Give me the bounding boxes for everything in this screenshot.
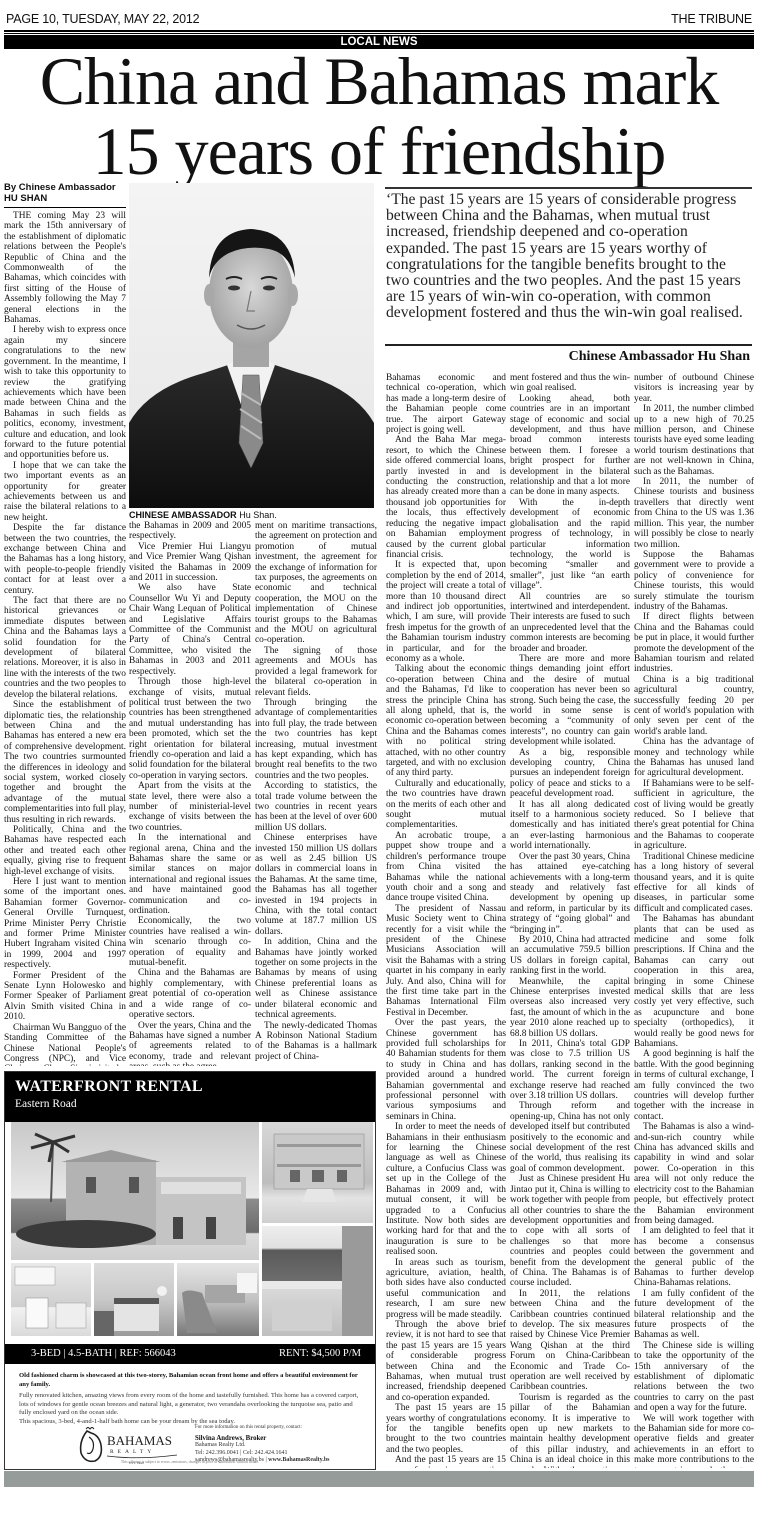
paragraph: Apart from the visits at the state level… [129,781,251,833]
paragraph: As a big, responsible developing country… [510,748,630,800]
contact-name: Silvina Andrews, Broker [195,1435,330,1443]
paragraph: In addition, China and the Bahamas have … [255,937,377,1020]
paragraph: A good beginning is half the battle. Wit… [634,1049,754,1122]
paragraph: Over the years, China and the Bahamas ha… [129,1021,251,1067]
paragraph: Since the establishment of diplomatic ti… [4,700,126,825]
paragraph: THE coming May 23 will mark the 15th ann… [4,211,126,325]
ad-fine-print: This offering is subject to errors, omis… [5,1460,375,1464]
paragraph: I hereby wish to express once again my s… [4,325,126,460]
paragraph: In 2011, the number climbed up to a new … [634,404,754,477]
photo-kitchen [11,1263,91,1336]
paragraph: And the past 15 years are 15 years of wi… [386,1455,506,1468]
paragraph: Despite the far distance between the two… [4,523,126,596]
article-column-5: ment fostered and thus the win-win goal … [510,373,630,1468]
photo-house-rear [262,1122,373,1223]
paragraph: There are more and more things demanding… [510,654,630,748]
paragraph: The signing of those agreements and MOUs… [255,646,377,698]
paragraph: Culturally and educationally, the two co… [386,779,506,831]
paragraph: The newly-dedicated Thomas A Robinson Na… [255,1021,377,1063]
paragraph: The fact that there are no historical gr… [4,596,126,700]
paragraph: By 2010, China had attracted an accumula… [510,935,630,977]
portrait-illustration [129,183,374,508]
ad-body: Fully renovated kitchen, amazing views f… [19,1392,363,1418]
paragraph: number of outbound Chinese visitors is i… [634,373,754,404]
ad-photo-grid [7,1122,373,1340]
pullquote-attribution: Chinese Ambassador Hu Shan [569,349,750,365]
paragraph: With the in-depth development of economi… [510,498,630,592]
footer-bar [4,1471,754,1487]
paragraph: If Bahamians were to be self-sufficient … [634,779,754,852]
svg-text:REALTY: REALTY [110,1449,155,1455]
contact-phone: Tel: 242.396.0041 | Cel: 242.424.1641 [195,1450,330,1458]
paragraph: In 2011, the number of Chinese tourists … [634,477,754,550]
ad-location: Eastern Road [15,1098,77,1110]
paragraph: Politically, China and the Bahamas have … [4,825,126,877]
byline: By Chinese Ambassador HU SHAN [4,183,126,208]
paragraph: The Bahamas has abundant plants that can… [634,914,754,1049]
article-column-2: the Bahamas in 2009 and 2005 respectivel… [129,521,251,1066]
paragraph: I am delighted to feel that it has becom… [634,1226,754,1288]
paragraph: In 2011, the relations between China and… [510,1289,630,1393]
caption-text: Hu Shan. [237,510,277,520]
ad-header: WATERFRONT RENTAL Eastern Road [5,1072,375,1122]
paragraph: All countries are so intertwined and int… [510,592,630,654]
article-column-4: Bahamas economic and technical co-operat… [386,373,506,1468]
paragraph: Bahamas economic and technical co-operat… [386,373,506,435]
photo-caption: CHINESE AMBASSADOR Hu Shan. [129,510,374,520]
paragraph: It is expected that, upon completion by … [386,560,506,664]
paragraph: If direct flights between China and the … [634,612,754,674]
ad-title: WATERFRONT RENTAL [15,1078,203,1096]
paragraph: Here I just want to mention some of the … [4,877,126,971]
article-column-1: THE coming May 23 will mark the 15th ann… [4,211,126,1066]
paragraph: the Bahamas in 2009 and 2005 respectivel… [129,521,251,542]
paragraph: Over the past 30 years, China has attain… [510,852,630,935]
paragraph: China is a big traditional agricultural … [634,675,754,737]
caption-label: CHINESE AMBASSADOR [129,510,237,520]
paragraph: The past 15 years are 15 years worthy of… [386,1403,506,1455]
photo-ocean-view [262,1226,373,1336]
paragraph: Chinese enterprises have invested 150 mi… [255,833,377,937]
pullquote: ‘The past 15 years are 15 years of consi… [386,192,750,322]
paragraph: Vice Premier Hui Liangyu and Vice Premie… [129,542,251,584]
paragraph: Through reform and opening-up, China has… [510,1101,630,1174]
paragraph: In the international and regional arena,… [129,833,251,916]
pullquote-rule-top [385,187,752,189]
paragraph: Meanwhile, the capital Chinese enterpris… [510,977,630,1039]
paragraph: Former President of the Senate Lynn Holo… [4,971,126,1023]
paragraph: The Bahamas is also a wind-and-sun-rich … [634,1122,754,1226]
pullquote-rule-bottom [385,344,752,346]
paragraph: In 2011, China's total GDP was close to … [510,1039,630,1101]
paragraph: I hope that we can take the two importan… [4,461,126,523]
byline-title: By Chinese Ambassador [4,183,126,194]
contact-intro: For more information on this rental prop… [195,1424,330,1432]
ad-contact: For more information on this rental prop… [195,1424,330,1465]
paragraph: China has the advantage of money and tec… [634,737,754,779]
paragraph: In order to meet the needs of Bahamians … [386,1122,506,1257]
paragraph: An acrobatic troupe, a puppet show troup… [386,831,506,904]
paragraph: It has all along dedicated itself to a h… [510,800,630,852]
paragraph: Chairman Wu Bangguo of the Standing Comm… [4,1023,126,1066]
paragraph: Through those high-level exchange of vis… [129,677,251,781]
paragraph: In areas such as tourism, agriculture, a… [386,1258,506,1320]
ad-rent: RENT: $4,500 P/M [279,1344,361,1364]
paragraph: According to statistics, the total trade… [255,781,377,833]
svg-text:BAHAMAS: BAHAMAS [107,1433,172,1448]
paragraph: Talking about the economic co-operation … [386,664,506,778]
paragraph: We will work together with the Bahamian … [634,1414,754,1468]
paragraph: Through bringing the advantage of comple… [255,698,377,781]
paragraph: The Chinese side is willing to take the … [634,1341,754,1414]
paragraph: Economically, the two countries have rea… [129,916,251,968]
paragraph: The president of Nassau Music Society we… [386,904,506,1018]
paragraph: Traditional Chinese medicine has a long … [634,852,754,914]
paragraph: Suppose the Bahamas government were to p… [634,550,754,612]
paragraph: ment fostered and thus the win-win goal … [510,373,630,394]
headline: China and Bahamas mark 15 years of frien… [0,46,758,186]
article-column-6: number of outbound Chinese visitors is i… [634,373,754,1468]
paragraph: Tourism is regarded as the pillar of the… [510,1393,630,1468]
byline-author: HU SHAN [4,194,126,205]
headline-line-2: 15 years of friendship [0,116,758,186]
paragraph: Over the past years, the Chinese governm… [386,1018,506,1122]
rental-advertisement: WATERFRONT RENTAL Eastern Road [4,1071,376,1470]
paragraph: ment on maritime transactions, the agree… [255,521,377,646]
page-folio: PAGE 10, TUESDAY, MAY 22, 2012 THE TRIBU… [6,12,752,28]
paragraph: Just as Chinese president Hu Jintao put … [510,1174,630,1288]
headline-line-1: China and Bahamas mark [0,46,758,116]
paragraph: We also have State Counsellor Wu Yi and … [129,583,251,677]
folio-rule [4,30,754,34]
ambassador-photo [129,183,374,508]
photo-bedroom [94,1263,174,1336]
paragraph: I am fully confident of the future devel… [634,1289,754,1341]
paragraph: Looking ahead, both countries are in an … [510,394,630,498]
folio-page-date: PAGE 10, TUESDAY, MAY 22, 2012 [6,12,199,28]
photo-house-exterior [11,1122,259,1260]
paragraph: And the Baha Mar mega-resort, to which t… [386,435,506,560]
ad-specs: 3-BED | 4.5-BATH | REF: 566043 [31,1344,176,1364]
paragraph: China and the Bahamas are highly complem… [129,968,251,1020]
article-column-3: ment on maritime transactions, the agree… [255,521,377,1066]
contact-company: Bahamas Realty Ltd. [195,1442,330,1450]
ad-specs-bar: 3-BED | 4.5-BATH | REF: 566043 RENT: $4,… [5,1344,375,1364]
paragraph: Through the above brief review, it is no… [386,1320,506,1403]
ad-lead: Old fashioned charm is showcased at this… [19,1372,363,1389]
photo-living-room [177,1263,259,1336]
folio-publication: THE TRIBUNE [671,12,752,28]
